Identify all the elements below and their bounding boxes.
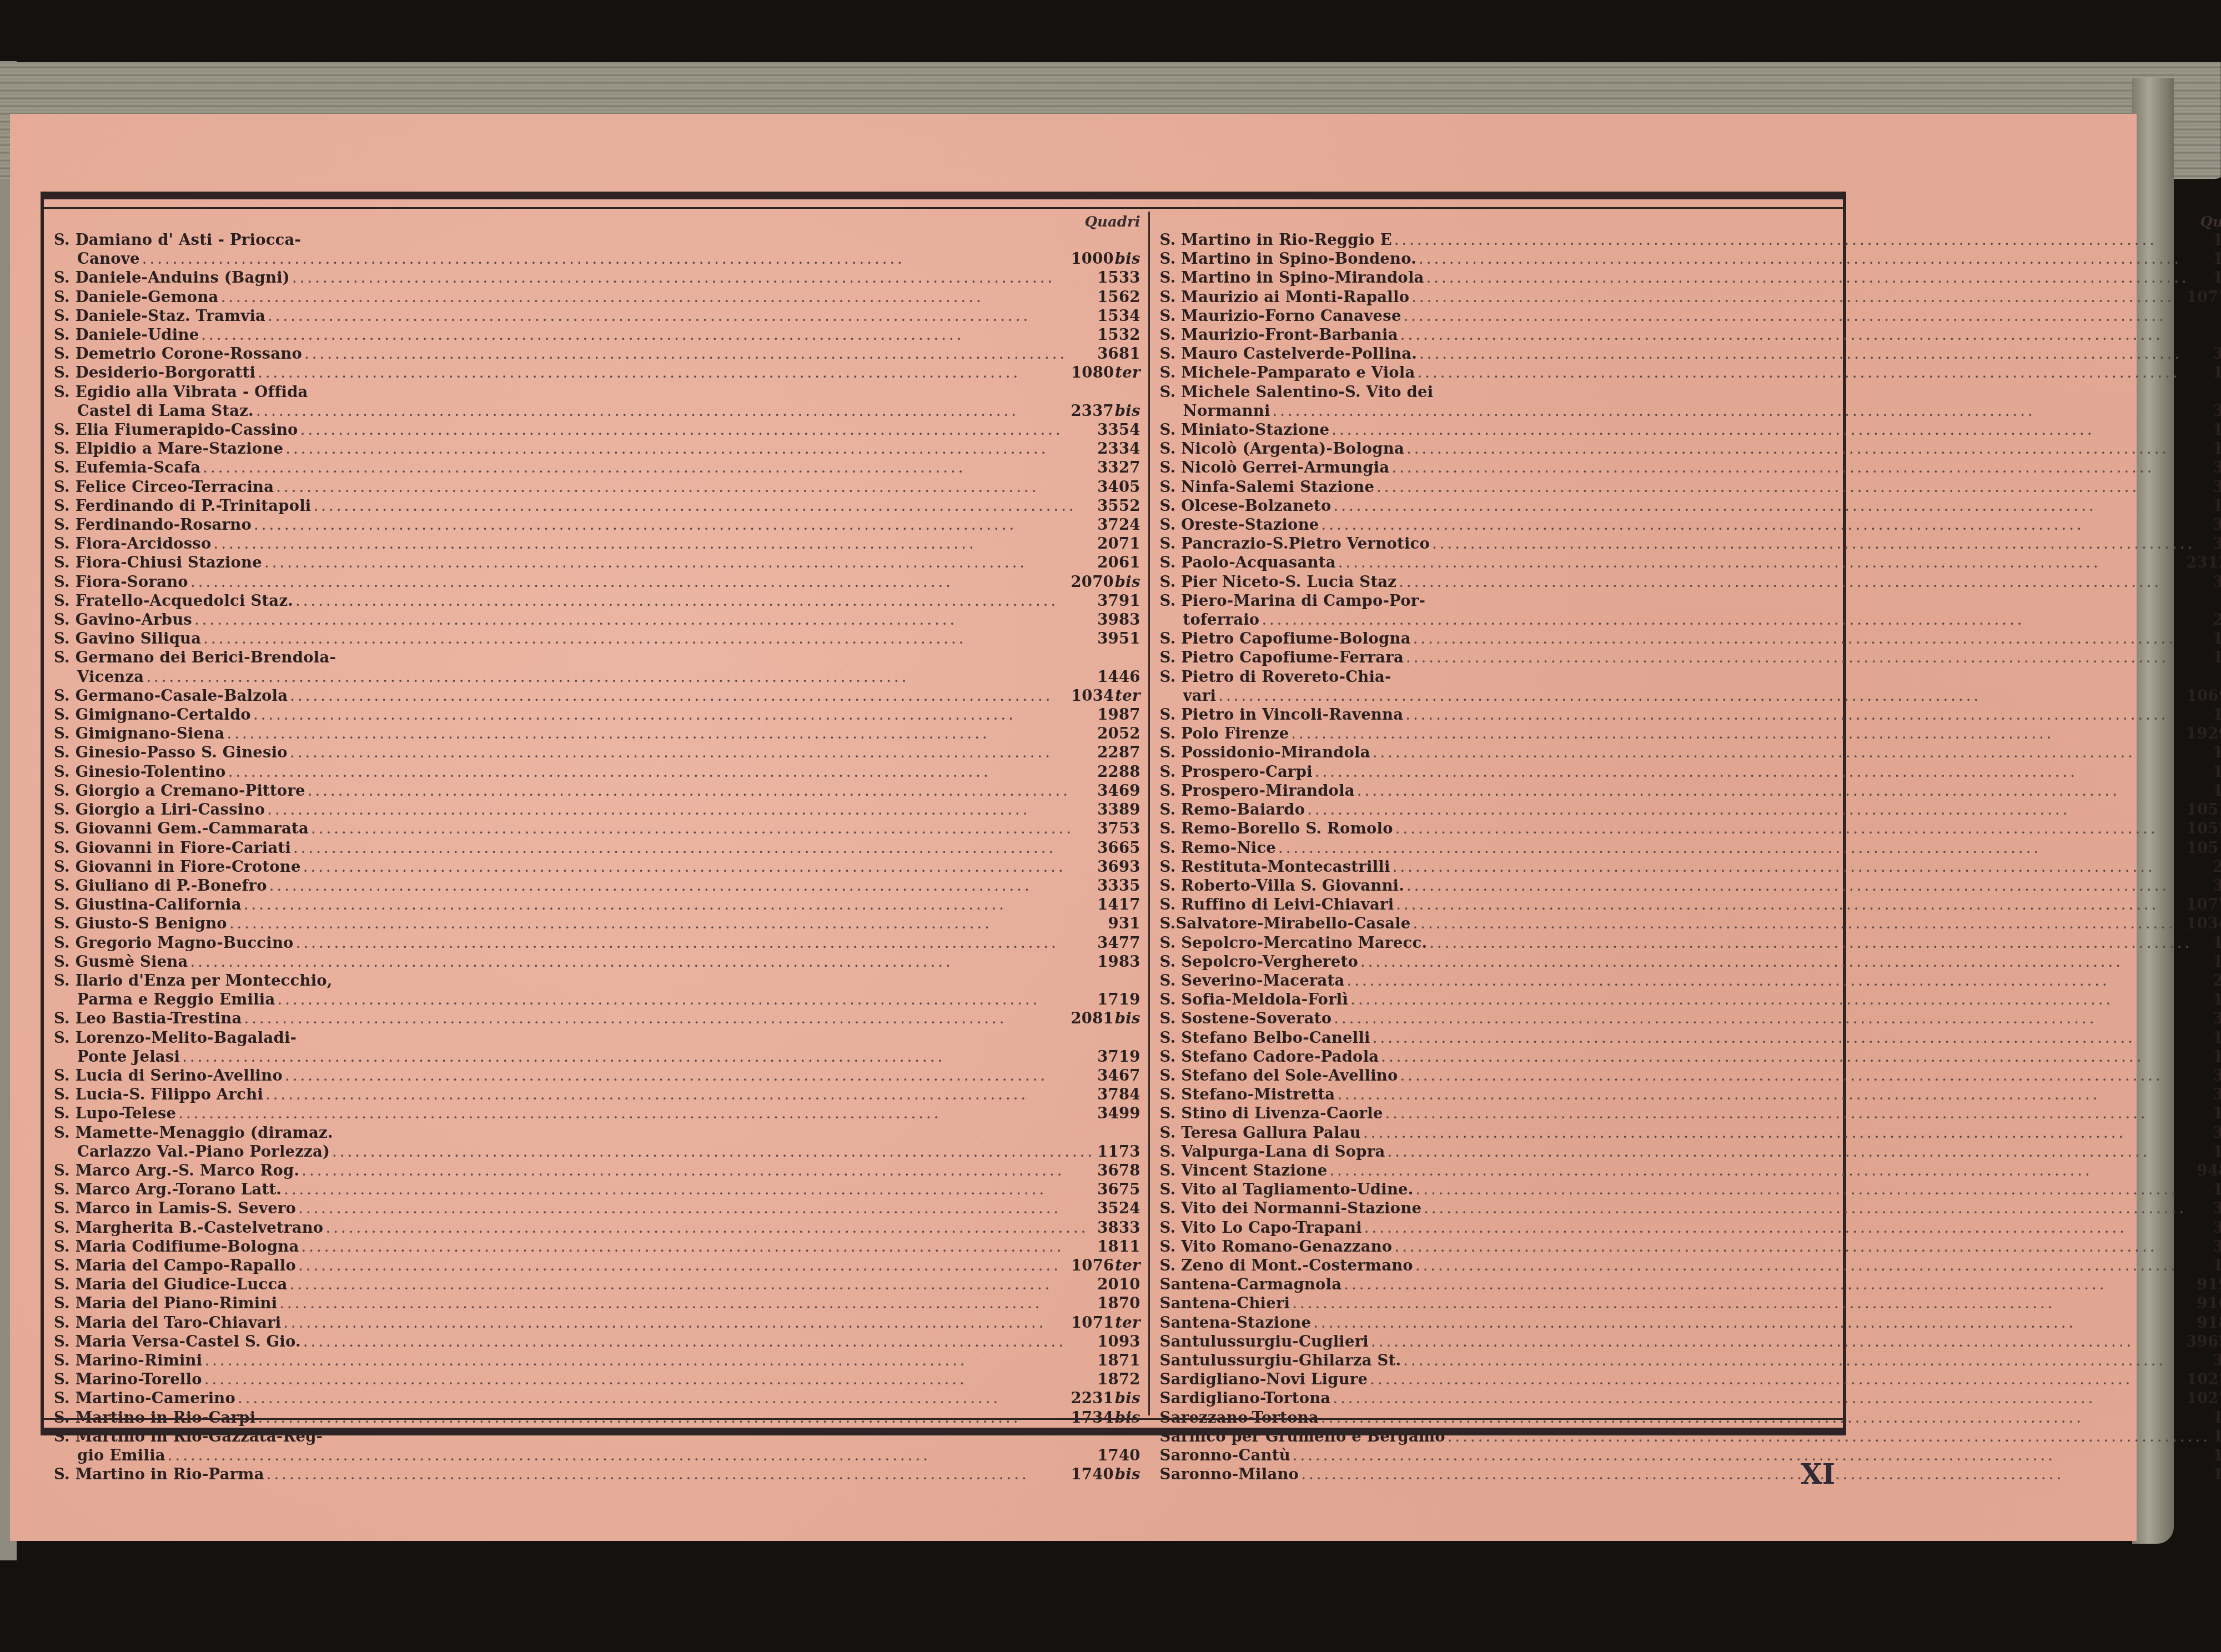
dot-leader: [267, 876, 1098, 895]
table-number: 1746: [2213, 781, 2221, 800]
dot-leader: [1404, 876, 2213, 895]
dot-leader: [1401, 1351, 2213, 1370]
index-entry: S. Martino in Spino-Bondeno.1815: [1160, 249, 2221, 268]
table-number: 1004: [2213, 1028, 2221, 1047]
station-name: Santena-Stazione: [1160, 1313, 1312, 1332]
station-name: S. Germano-Casale-Balzola: [54, 686, 288, 705]
dot-leader: [1401, 307, 2221, 325]
dot-leader: [287, 1275, 1097, 1294]
table-number: 1929: [2186, 724, 2221, 743]
index-entry: S. Giorgio a Cremano-Pittore3469: [54, 781, 1140, 800]
table-number: 3354: [1097, 420, 1140, 439]
index-entry: S. Ninfa-Salemi Stazione3866: [1160, 478, 2221, 496]
index-entry: S. Vito Lo Capo-Trapani3868: [1160, 1218, 2221, 1237]
table-number: 1957: [2213, 952, 2221, 971]
station-name: S. Lucia di Serino-Avellino: [54, 1066, 283, 1085]
table-number: 1375: [2213, 1142, 2221, 1161]
table-number: 3499: [1097, 1104, 1140, 1123]
dot-leader: [1330, 1389, 2186, 1408]
station-name: S. Fratello-Acquedolci Staz.: [54, 591, 293, 610]
table-number: 948: [2197, 1161, 2221, 1180]
station-name: S. Giuliano di P.-Bonefro: [54, 876, 267, 895]
station-name: S. Gusmè Siena: [54, 952, 188, 971]
dot-leader: [323, 1218, 1097, 1237]
index-entry: S. Leo Bastia-Trestina2081bis: [54, 1009, 1140, 1028]
index-entry: S. Pietro Capofiume-Bologna1797: [1160, 629, 2221, 648]
table-number: 1811: [1097, 1237, 1140, 1256]
index-entry: S. Martino in Spino-Mirandola1816: [1160, 268, 2221, 287]
column-header-quadri: Quadri: [54, 214, 1140, 230]
dot-leader: [242, 895, 1098, 914]
station-name: Santena-Chieri: [1160, 1294, 1290, 1313]
table-number: 1137: [2213, 1465, 2221, 1484]
index-entry: Santena-Carmagnola919bis: [1160, 1275, 2221, 1294]
table-number: 1469: [2213, 1104, 2221, 1123]
index-entry: S. Ferdinando di P.-Trinitapoli3552: [54, 496, 1140, 515]
dot-leader: [252, 515, 1097, 534]
station-name: S. Sofia-Meldola-Forlì: [1160, 990, 1349, 1009]
dot-leader: [288, 686, 1071, 705]
dot-leader: [1414, 1180, 2213, 1199]
index-entry: S. Maria del Campo-Rapallo1076ter: [54, 1256, 1140, 1275]
index-entry: S. Gusmè Siena1983: [54, 952, 1140, 971]
index-entry: S. Martino-Camerino2231bis: [54, 1389, 1140, 1408]
index-entry: S. Eufemia-Scafa3327: [54, 458, 1140, 477]
index-entry: S. Lucia di Serino-Avellino3467: [54, 1066, 1140, 1085]
table-number: 1173: [1097, 1142, 1140, 1161]
dot-leader: [1369, 1332, 2186, 1351]
dot-leader: [1348, 990, 2213, 1009]
table-number: 1502: [2213, 1256, 2221, 1275]
index-entry: S. Roberto-Villa S. Giovanni.3730: [1160, 876, 2221, 895]
station-name: S. Damiano d' Asti - Priocca-: [54, 230, 301, 249]
station-name: S. Gimignano-Siena: [54, 724, 225, 743]
dot-leader: [1424, 268, 2213, 287]
station-name: S. Remo-Nice: [1160, 838, 1276, 857]
dot-leader: [1394, 895, 2186, 914]
table-number: 3987: [2213, 458, 2221, 477]
index-entry: Carlazzo Val.-Piano Porlezza)1173: [54, 1142, 1140, 1161]
index-entry: S. Daniele-Udine1532: [54, 325, 1140, 344]
table-number: 1815: [2213, 249, 2221, 268]
dot-leader: [1409, 288, 2187, 307]
index-entry: S. Maria del Taro-Chiavari1071ter: [54, 1313, 1140, 1332]
table-number: 2231: [1071, 1389, 1114, 1408]
dot-leader: [140, 249, 1071, 268]
station-name: S. Fiora-Arcidosso: [54, 534, 212, 553]
table-number: 3951: [1097, 629, 1140, 648]
table-number: 3753: [1097, 819, 1140, 838]
index-entry: Castel di Lama Staz.2337bis: [54, 401, 1140, 420]
dot-leader: [1313, 762, 2213, 781]
index-entry: S. Sostene-Soverato3717: [1160, 1009, 2221, 1028]
dot-leader: [1362, 1218, 2213, 1237]
index-entry: S. Prospero-Mirandola1746: [1160, 781, 2221, 800]
table-number: 2070: [1071, 573, 1114, 591]
table-number: 1066: [2213, 496, 2221, 515]
index-entry: S. Vito dei Normanni-Stazione3569: [1160, 1199, 2221, 1218]
table-number: 1816: [2213, 268, 2221, 287]
index-entry: S. Maurizio ai Monti-Rapallo1077ter: [1160, 288, 2221, 307]
station-name: S. Oreste-Stazione: [1160, 515, 1319, 534]
table-number: 2010: [1097, 1275, 1140, 1294]
index-entry: S. Damiano d' Asti - Priocca-: [54, 230, 1140, 249]
table-number: 3568: [2213, 401, 2221, 420]
station-name: S. Roberto-Villa S. Giovanni.: [1160, 876, 1404, 895]
station-name: S. Fiora-Chiusi Stazione: [54, 553, 262, 572]
station-name: S. Michele-Pamparato e Viola: [1160, 363, 1415, 382]
index-entry: S. Possidonio-Mirandola1817: [1160, 743, 2221, 762]
dot-leader: [1370, 743, 2213, 762]
dot-leader: [305, 781, 1097, 800]
table-suffix: bis: [1115, 1389, 1140, 1408]
table-number: 3730: [2213, 876, 2221, 895]
table-number: 3949: [2213, 1123, 2221, 1142]
table-number: 3469: [1097, 781, 1140, 800]
index-entry: Sardigliano-Tortona1027ter: [1160, 1389, 2221, 1408]
index-entry: S. Martino in Rio-Reggio E1740: [1160, 230, 2221, 249]
station-name: S. Prospero-Mirandola: [1160, 781, 1355, 800]
dot-leader: [299, 1161, 1097, 1180]
dot-leader: [199, 325, 1097, 344]
dot-leader: [283, 439, 1097, 458]
station-name: S. Ginesio-Tolentino: [54, 762, 226, 781]
index-entry: S. Maurizio-Forno Canavese936: [1160, 307, 2221, 325]
table-number: 1055: [2187, 819, 2221, 838]
index-entry: Saronno-Milano1137: [1160, 1465, 2221, 1484]
table-number: 1417: [1097, 895, 1140, 914]
station-name: S. Giusto-S Benigno: [54, 914, 227, 933]
station-name: vari: [1183, 686, 1217, 705]
station-name: Castel di Lama Staz.: [77, 401, 254, 420]
dot-leader: [1404, 439, 2213, 458]
index-entry: S. Lorenzo-Melito-Bagaladi-: [54, 1028, 1140, 1047]
station-name: S. Sepolcro-Verghereto: [1160, 952, 1358, 971]
station-name: S. Maurizio-Forno Canavese: [1160, 307, 1401, 325]
dot-leader: [188, 952, 1098, 971]
station-name: S. Lupo-Telese: [54, 1104, 176, 1123]
table-number: 3552: [1097, 496, 1140, 515]
index-entry: Canove1000bis: [54, 249, 1140, 268]
station-name: S. Daniele-Staz. Tramvia: [54, 307, 265, 325]
table-number: 1817: [2213, 743, 2221, 762]
station-name: S. Michele Salentino-S. Vito dei: [1160, 383, 1434, 401]
index-entry: S. Oreste-Stazione3101: [1160, 515, 2221, 534]
station-name: S. Stefano del Sole-Avellino: [1160, 1066, 1398, 1085]
station-name: S. Gregorio Magno-Buccino: [54, 933, 294, 952]
station-name: toferraio: [1183, 610, 1260, 629]
dot-leader: [1374, 478, 2213, 496]
index-entry: S. Ferdinando-Rosarno3724: [54, 515, 1140, 534]
station-name: S. Pietro Capofiume-Bologna: [1160, 629, 1411, 648]
station-name: S. Severino-Macerata: [1160, 971, 1345, 990]
table-number: 3784: [1097, 1085, 1140, 1104]
station-name: S. Nicolò Gerrei-Armungia: [1160, 458, 1390, 477]
station-name: S. Ruffino di Leivi-Chiavari: [1160, 895, 1394, 914]
dot-leader: [262, 553, 1097, 572]
dot-leader: [1411, 629, 2213, 648]
index-entry: S. Zeno di Mont.-Costermano1502: [1160, 1256, 2221, 1275]
station-name: S. Elia Fiumerapido-Cassino: [54, 420, 298, 439]
dot-leader: [176, 1104, 1097, 1123]
dot-leader: [251, 705, 1097, 724]
index-entry: S. Maria Codifiume-Bologna1811: [54, 1237, 1140, 1256]
station-name: Sardigliano-Tortona: [1160, 1389, 1331, 1408]
dot-leader: [275, 990, 1097, 1009]
station-name: S. Lorenzo-Melito-Bagaladi-: [54, 1028, 297, 1047]
station-name: S. Nicolò (Argenta)-Bologna: [1160, 439, 1404, 458]
station-name: S. Pietro di Rovereto-Chia-: [1160, 667, 1391, 686]
index-entry: S. Pietro di Rovereto-Chia-: [1160, 667, 2221, 686]
table-number: 1027: [2187, 1370, 2221, 1389]
station-name: S. Valpurga-Lana di Sopra: [1160, 1142, 1385, 1161]
dot-leader: [1396, 573, 2213, 591]
station-name: S. Giustina-California: [54, 895, 242, 914]
table-number: 1740: [1097, 1446, 1140, 1465]
station-name: S. Desiderio-Borgoratti: [54, 363, 255, 382]
station-name: S. Marino-Torello: [54, 1370, 202, 1389]
table-number: 3693: [1097, 857, 1140, 876]
table-number: 3569: [2213, 1199, 2221, 1218]
dot-leader: [1358, 952, 2213, 971]
table-suffix: bis: [1115, 401, 1140, 420]
index-entry: Santena-Stazione918bis: [1160, 1313, 2221, 1332]
index-entry: S. Marino-Torello1872: [54, 1370, 1140, 1389]
index-entry: S. Maurizio-Front-Barbania935: [1160, 325, 2221, 344]
index-entry: S. Pier Niceto-S. Lucia Staz3786: [1160, 573, 2221, 591]
station-name: S. Martino in Spino-Mirandola: [1160, 268, 1424, 287]
dot-leader: [1392, 1237, 2213, 1256]
station-name: S. Stino di Livenza-Caorle: [1160, 1104, 1383, 1123]
dot-leader: [212, 534, 1098, 553]
index-entry: S. Maria del Giudice-Lucca2010: [54, 1275, 1140, 1294]
table-number: 1983: [1097, 952, 1140, 971]
index-entry: S. Ginesio-Passo S. Ginesio2287: [54, 743, 1140, 762]
station-name: S. Daniele-Udine: [54, 325, 199, 344]
station-name: S. Maria Versa-Castel S. Gio.: [54, 1332, 301, 1351]
index-entry: S. Fiora-Sorano2070bis: [54, 573, 1140, 591]
station-name: S. Martino in Rio-Reggio E: [1160, 230, 1392, 249]
index-entry: Santulussurgiu-Cuglieri3965bis: [1160, 1332, 2221, 1351]
station-name: S. Pietro in Vincoli-Ravenna: [1160, 705, 1404, 724]
station-name: S. Marco in Lamis-S. Severo: [54, 1199, 296, 1218]
index-entry: vari1069ter: [1160, 686, 2221, 705]
table-number: 1077: [2186, 895, 2221, 914]
dot-leader: [1390, 857, 2213, 876]
table-number: 3571: [2213, 534, 2221, 553]
station-name: S. Margherita B.-Castelvetrano: [54, 1218, 323, 1237]
table-number: 1912: [2213, 420, 2221, 439]
dot-leader: [1331, 496, 2213, 515]
station-name: S. Vito Romano-Genazzano: [1160, 1237, 1393, 1256]
table-number: 3459: [2213, 1066, 2221, 1085]
table-number: 1871: [1097, 1351, 1140, 1370]
index-entry: S. Olcese-Bolzaneto1066: [1160, 496, 2221, 515]
frame-top-rule: [41, 192, 1846, 209]
table-number: 3681: [1097, 344, 1140, 363]
dot-leader: [188, 573, 1071, 591]
index-entry: S. Demetrio Corone-Rossano3681: [54, 344, 1140, 363]
station-name: S. Stefano Belbo-Canelli: [1160, 1028, 1370, 1047]
station-name: S. Stefano-Mistretta: [1160, 1085, 1335, 1104]
table-number: 3389: [1097, 800, 1140, 819]
table-number: 3335: [1097, 876, 1140, 895]
index-entry: S. Maria Versa-Castel S. Gio.1093: [54, 1332, 1140, 1351]
table-number: 1222: [2213, 1427, 2221, 1446]
table-number: 1719: [1097, 990, 1140, 1009]
index-entry: S. Vincent Stazione948bis: [1160, 1161, 2221, 1180]
table-number: 3793: [2213, 1085, 2221, 1104]
table-number: 3524: [1097, 1199, 1140, 1218]
index-entry: S. Gavino Siliqua3951: [54, 629, 1140, 648]
dot-leader: [1398, 325, 2221, 344]
index-entry: S. Stefano del Sole-Avellino3459: [1160, 1066, 2221, 1085]
table-suffix: bis: [1115, 573, 1140, 591]
table-number: 3719: [1097, 1047, 1140, 1066]
station-name: S. Gavino-Arbus: [54, 610, 192, 629]
table-number: 1878: [2213, 705, 2221, 724]
index-entry: S. Pietro in Vincoli-Ravenna1878: [1160, 705, 2221, 724]
index-entry: S. Margherita B.-Castelvetrano3833: [54, 1218, 1140, 1237]
dot-leader: [1398, 1066, 2213, 1085]
table-number: 1076: [1071, 1256, 1114, 1275]
dot-leader: [202, 1370, 1098, 1389]
index-entry: S. Lucia-S. Filippo Archi3784: [54, 1085, 1140, 1104]
index-entry: S. Stefano-Mistretta3793: [1160, 1085, 2221, 1104]
station-name: S. Giorgio a Cremano-Pittore: [54, 781, 305, 800]
dot-leader: [1341, 1275, 2197, 1294]
dot-leader: [219, 288, 1098, 307]
table-number: 3101: [2213, 515, 2221, 534]
table-number: 1446: [1097, 667, 1140, 686]
index-entry: S. Stefano Belbo-Canelli1004: [1160, 1028, 2221, 1047]
station-name: S. Possidonio-Mirandola: [1160, 743, 1370, 762]
dot-leader: [1393, 819, 2187, 838]
index-entry: S. Giorgio a Liri-Cassino3389: [54, 800, 1140, 819]
index-entry: S. Vito al Tagliamento-Udine.1552: [1160, 1180, 2221, 1199]
table-number: 1872: [1097, 1370, 1140, 1389]
table-number: 2312: [2186, 553, 2221, 572]
station-name: S. Maria Codifiume-Bologna: [54, 1237, 299, 1256]
station-name: S. Remo-Baiardo: [1160, 800, 1305, 819]
dot-leader: [255, 363, 1071, 382]
station-name: S. Giovanni Gem.-Cammarata: [54, 819, 309, 838]
index-entry: S. Fiora-Arcidosso2071: [54, 534, 1140, 553]
table-number: 3868: [2213, 1218, 2221, 1237]
table-number: 1533: [1097, 268, 1140, 287]
index-entry: S. Felice Circeo-Terracina3405: [54, 478, 1140, 496]
dot-leader: [311, 496, 1098, 515]
index-entry: S. Daniele-Staz. Tramvia1534: [54, 307, 1140, 325]
table-number: 919: [2197, 1275, 2221, 1294]
station-name: S. Felice Circeo-Terracina: [54, 478, 274, 496]
station-name: S. Marco Arg.-Torano Latt.: [54, 1180, 282, 1199]
station-name: S. Ninfa-Salemi Stazione: [1160, 478, 1374, 496]
station-name: S. Prospero-Carpi: [1160, 762, 1313, 781]
station-name: Sardigliano-Novi Ligure: [1160, 1370, 1368, 1389]
dot-leader: [1328, 1161, 2197, 1180]
table-number: 1958: [2213, 933, 2221, 952]
table-number: 1451: [2213, 1047, 2221, 1066]
station-name: S. Marco Arg.-S. Marco Rog.: [54, 1161, 299, 1180]
station-name: Parma e Reggio Emilia: [77, 990, 275, 1009]
dot-leader: [290, 268, 1097, 287]
dot-leader: [265, 800, 1097, 819]
dot-leader: [1383, 1104, 2213, 1123]
station-name: S. Maurizio ai Monti-Rapallo: [1160, 288, 1410, 307]
dot-leader: [330, 1142, 1097, 1161]
dot-leader: [281, 1313, 1071, 1332]
index-entry: S. Paolo-Acquasanta2312bis: [1160, 553, 2221, 572]
dot-leader: [1404, 648, 2213, 667]
index-entry: S. Gimignano-Certaldo1987: [54, 705, 1140, 724]
table-number: 1740: [1071, 1465, 1114, 1484]
dot-leader: [298, 420, 1098, 439]
index-entry: S. Restituta-Montecastrilli2104: [1160, 857, 2221, 876]
dot-leader: [1335, 1085, 2213, 1104]
table-number: 1069: [2187, 686, 2221, 705]
dot-leader: [235, 1389, 1071, 1408]
station-name: S. Mauro Castelverde-Pollina.: [1160, 344, 1417, 363]
station-name: Santena-Carmagnola: [1160, 1275, 1342, 1294]
index-entry: S. Remo-Nice1051ter: [1160, 838, 2221, 857]
index-entry: Saronno-Cantù1137: [1160, 1446, 2221, 1465]
entry-list: S. Damiano d' Asti - Priocca-Canove1000b…: [54, 230, 1140, 1484]
index-entry: S. Giovanni Gem.-Cammarata3753: [54, 819, 1140, 838]
table-number: 2337: [1071, 401, 1114, 420]
table-number: 1987: [1097, 705, 1140, 724]
index-entry: S. Remo-Borello S. Romolo1055ter: [1160, 819, 2221, 838]
dot-leader: [1415, 363, 2213, 382]
dot-leader: [1389, 458, 2213, 477]
dot-leader: [1329, 420, 2213, 439]
station-name: S. Pietro Capofiume-Ferrara: [1160, 648, 1404, 667]
table-number: 3965: [2213, 1351, 2221, 1370]
station-name: S. Eufemia-Scafa: [54, 458, 200, 477]
dot-leader: [264, 1465, 1071, 1484]
dot-leader: [296, 1199, 1097, 1218]
station-name: Saronno-Cantù: [1160, 1446, 1290, 1465]
dot-leader: [277, 1294, 1097, 1313]
table-number: 1051: [2187, 838, 2221, 857]
dot-leader: [294, 933, 1098, 952]
station-name: S. Leo Bastia-Trestina: [54, 1009, 242, 1028]
index-entry: S. Giovanni in Fiore-Cariati3665: [54, 838, 1140, 857]
dot-leader: [309, 819, 1097, 838]
dot-leader: [1319, 515, 2213, 534]
index-entry: Sardigliano-Novi Ligure1027ter: [1160, 1370, 2221, 1389]
station-name: Santulussurgiu-Cuglieri: [1160, 1332, 1369, 1351]
index-entry: Santena-Chieri916bis: [1160, 1294, 2221, 1313]
index-entry: S. Stino di Livenza-Caorle1469: [1160, 1104, 2221, 1123]
index-entry: S. Michele-Pamparato e Viola1018: [1160, 363, 2221, 382]
dot-leader: [1289, 724, 2186, 743]
index-entry: S. Giovanni in Fiore-Crotone3693: [54, 857, 1140, 876]
station-name: S. Maria del Piano-Rimini: [54, 1294, 277, 1313]
index-entry: S. Vito Romano-Genazzano3190: [1160, 1237, 2221, 1256]
index-entry: S. Gregorio Magno-Buccino3477: [54, 933, 1140, 952]
table-number: 1137: [2213, 1446, 2221, 1465]
dot-leader: [202, 1351, 1097, 1370]
table-number: 1797: [2213, 629, 2221, 648]
station-name: S. Giovanni in Fiore-Crotone: [54, 857, 301, 876]
dot-leader: [144, 667, 1097, 686]
index-column: Quadri S. Damiano d' Asti - Priocca-Cano…: [44, 212, 1150, 1415]
station-name: Ponte Jelasi: [77, 1047, 180, 1066]
table-number: 1080: [1071, 363, 1114, 382]
index-entry: S. Ginesio-Tolentino2288: [54, 762, 1140, 781]
table-number: 3467: [1097, 1066, 1140, 1085]
